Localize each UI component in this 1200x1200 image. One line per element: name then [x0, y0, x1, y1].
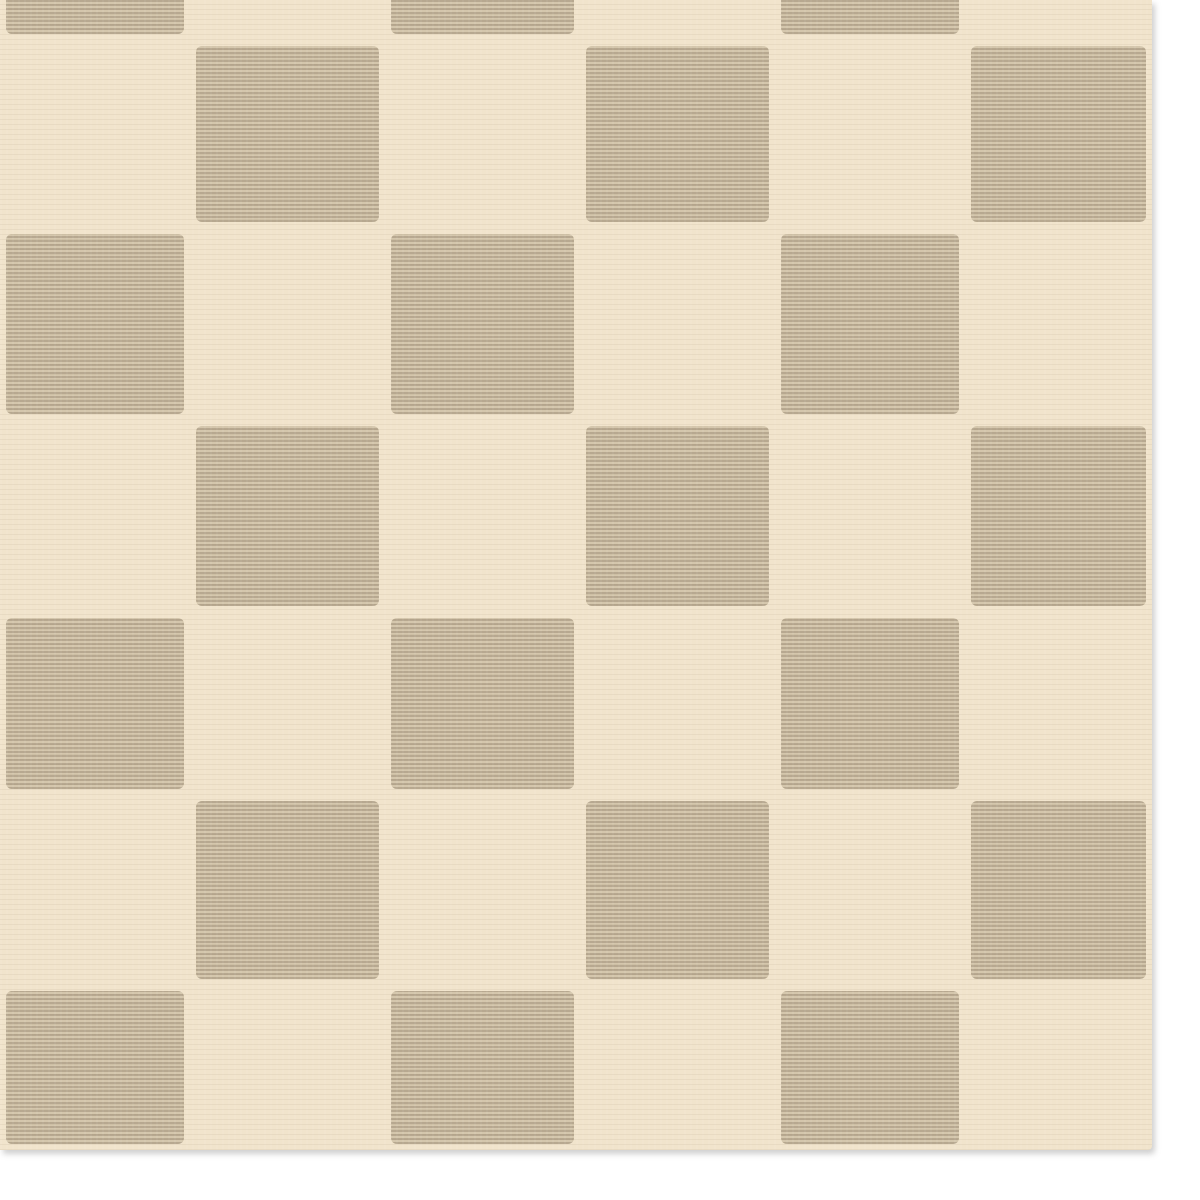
dark-tile [971, 426, 1146, 606]
dark-tile [971, 46, 1146, 222]
dark-tile [6, 991, 184, 1144]
dark-tile [196, 46, 379, 222]
rug [0, 0, 1152, 1150]
dark-tile [586, 426, 769, 606]
dark-tile [781, 618, 959, 789]
dark-tile [391, 234, 574, 414]
dark-tile [391, 991, 574, 1144]
dark-tile [971, 801, 1146, 979]
dark-tile [781, 0, 959, 34]
dark-tile [586, 801, 769, 979]
dark-tile [196, 426, 379, 606]
dark-tile [196, 801, 379, 979]
dark-tile [781, 991, 959, 1144]
dark-tile [6, 234, 184, 414]
dark-tile [781, 234, 959, 414]
dark-tile [391, 0, 574, 34]
dark-tile [6, 0, 184, 34]
dark-tile [391, 618, 574, 789]
dark-tile [586, 46, 769, 222]
dark-tile [6, 618, 184, 789]
